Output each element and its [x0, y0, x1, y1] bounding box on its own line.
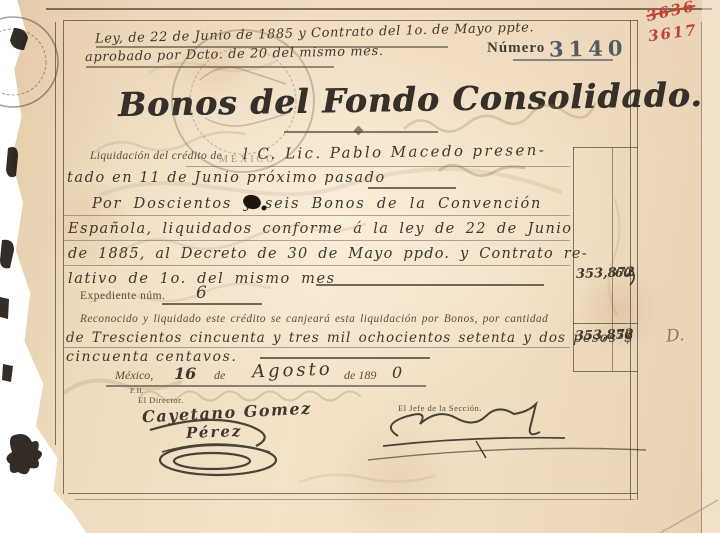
- frame-left-outer: [55, 22, 56, 445]
- reconocido-dash: [260, 357, 430, 359]
- liquidacion-line2-dash: [368, 187, 456, 189]
- frame-bottom-outer: [75, 499, 635, 500]
- director-signature-name2: Pérez: [186, 422, 243, 442]
- paragraph-rule3: [64, 265, 570, 266]
- law-underline2: [86, 66, 334, 68]
- frame-top: [64, 20, 638, 21]
- expediente-label: Expediente núm.: [80, 290, 165, 302]
- numero-label: Número: [487, 40, 545, 57]
- paragraph-line4-dash: [316, 284, 544, 286]
- amount-box-bottom: [573, 371, 638, 372]
- reconocido-hand2: cincuenta centavos.: [66, 349, 237, 365]
- date-city: México,: [115, 368, 153, 383]
- paragraph-line1: Por Doscientos y seis Bonos de la Conven…: [92, 196, 542, 212]
- paragraph-rule2: [64, 240, 570, 241]
- bond-certificate-scan: Ley, de 22 de Junio de 1885 y Contrato d…: [0, 0, 720, 533]
- liquidacion-printed-lead: Liquidación del crédito de: [90, 150, 222, 162]
- top-sheet-rule: [46, 8, 712, 10]
- reconocido-rule: [64, 347, 570, 348]
- paragraph-line2: Española, liquidados conforme á la ley d…: [68, 221, 572, 237]
- paragraph-rule1: [64, 215, 570, 216]
- date-year-digit: 0: [392, 363, 402, 382]
- reconocido-printed: Reconocido y liquidado este crédito se c…: [80, 313, 548, 325]
- law-underline1: [96, 46, 448, 48]
- numero-value-stamp: 3140: [549, 35, 628, 61]
- frame-left-inner: [63, 20, 64, 494]
- pencil-margin-note: D.: [665, 325, 685, 347]
- underlying-page-strip: [702, 0, 720, 533]
- date-month: Agosto: [252, 359, 333, 383]
- amount-box-top: [573, 147, 638, 148]
- jefe-title: El Jefe de la Sección.: [398, 403, 482, 413]
- date-day: 16: [174, 364, 196, 383]
- liquidacion-line2: tado en 11 de Junio próximo pasado: [67, 170, 386, 186]
- expediente-dash: [162, 303, 262, 305]
- date-de1: de: [214, 368, 225, 383]
- amount-row2-cents: 50: [616, 328, 633, 342]
- date-underline: [106, 385, 426, 387]
- date-de2: de 189: [344, 368, 376, 383]
- numero-underline: [513, 59, 613, 61]
- director-prefix: P. H.: [130, 387, 143, 395]
- amount-row1-cents: 60: [615, 266, 632, 280]
- expediente-value: 6: [196, 283, 207, 303]
- reconocido-hand1: de Trescientos cincuenta y tres mil ocho…: [66, 330, 634, 346]
- director-title: El Director.: [138, 395, 184, 405]
- paragraph-line3: de 1885, al Decreto de 30 de Mayo ppdo. …: [68, 246, 588, 262]
- liquidacion-rule: [186, 166, 570, 167]
- amount-box-middle: [573, 323, 638, 324]
- frame-bottom: [68, 493, 637, 494]
